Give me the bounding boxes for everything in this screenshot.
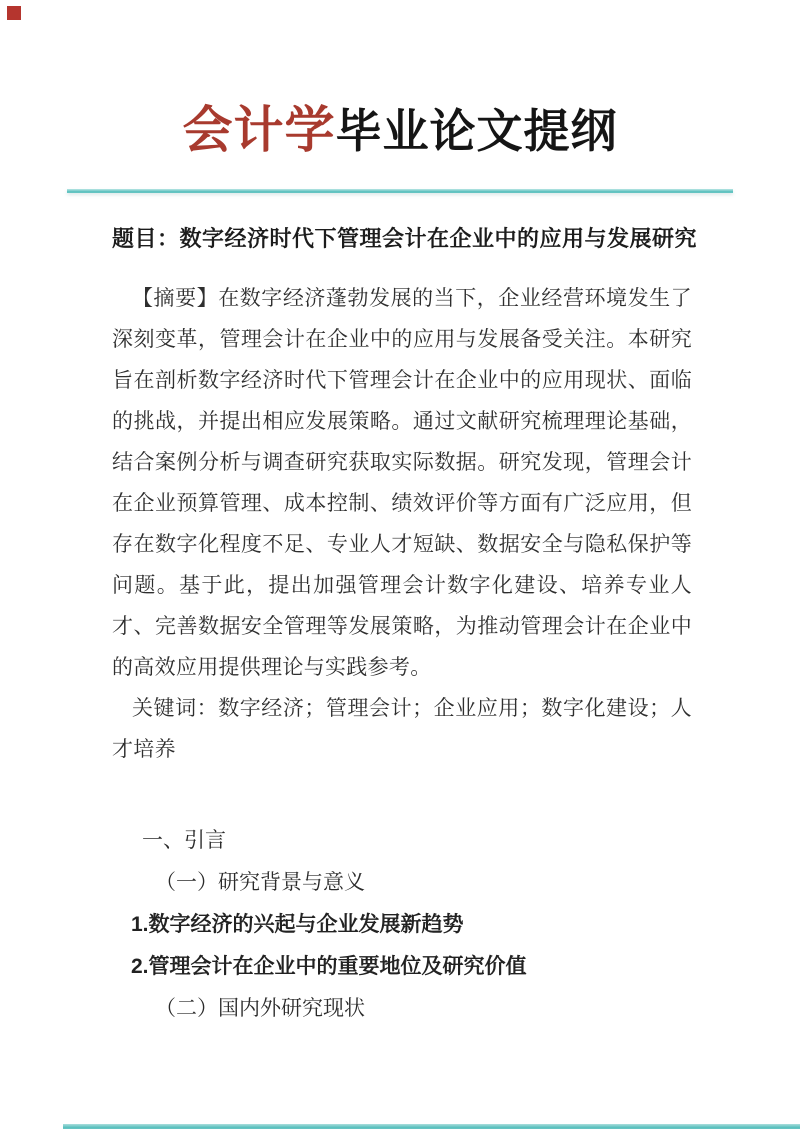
title-highlight: 会计学 [183, 102, 336, 158]
document-page: 会计学毕业论文提纲 题目：数字经济时代下管理会计在企业中的应用与发展研究 【摘要… [0, 0, 800, 1131]
abstract-paragraph: 【摘要】在数字经济蓬勃发展的当下，企业经营环境发生了深刻变革，管理会计在企业中的… [112, 278, 692, 688]
keywords-paragraph: 关键词：数字经济；管理会计；企业应用；数字化建设；人才培养 [112, 688, 692, 770]
thesis-subject-line: 题目：数字经济时代下管理会计在企业中的应用与发展研究 [112, 217, 692, 260]
title-divider [67, 189, 733, 193]
document-body: 题目：数字经济时代下管理会计在企业中的应用与发展研究 【摘要】在数字经济蓬勃发展… [112, 217, 692, 1030]
outline-item: 一、引言 [112, 820, 692, 862]
outline-section: 一、引言 （一）研究背景与意义 1.数字经济的兴起与企业发展新趋势 2.管理会计… [112, 820, 692, 1030]
outline-item: （二）国内外研究现状 [112, 988, 692, 1030]
outline-item: 1.数字经济的兴起与企业发展新趋势 [112, 904, 692, 946]
outline-item: 2.管理会计在企业中的重要地位及研究价值 [112, 946, 692, 988]
title-suffix: 毕业论文提纲 [336, 105, 618, 157]
bottom-divider [63, 1124, 800, 1129]
outline-item: （一）研究背景与意义 [112, 862, 692, 904]
red-corner-mark [7, 6, 21, 20]
page-title: 会计学毕业论文提纲 [0, 0, 800, 163]
